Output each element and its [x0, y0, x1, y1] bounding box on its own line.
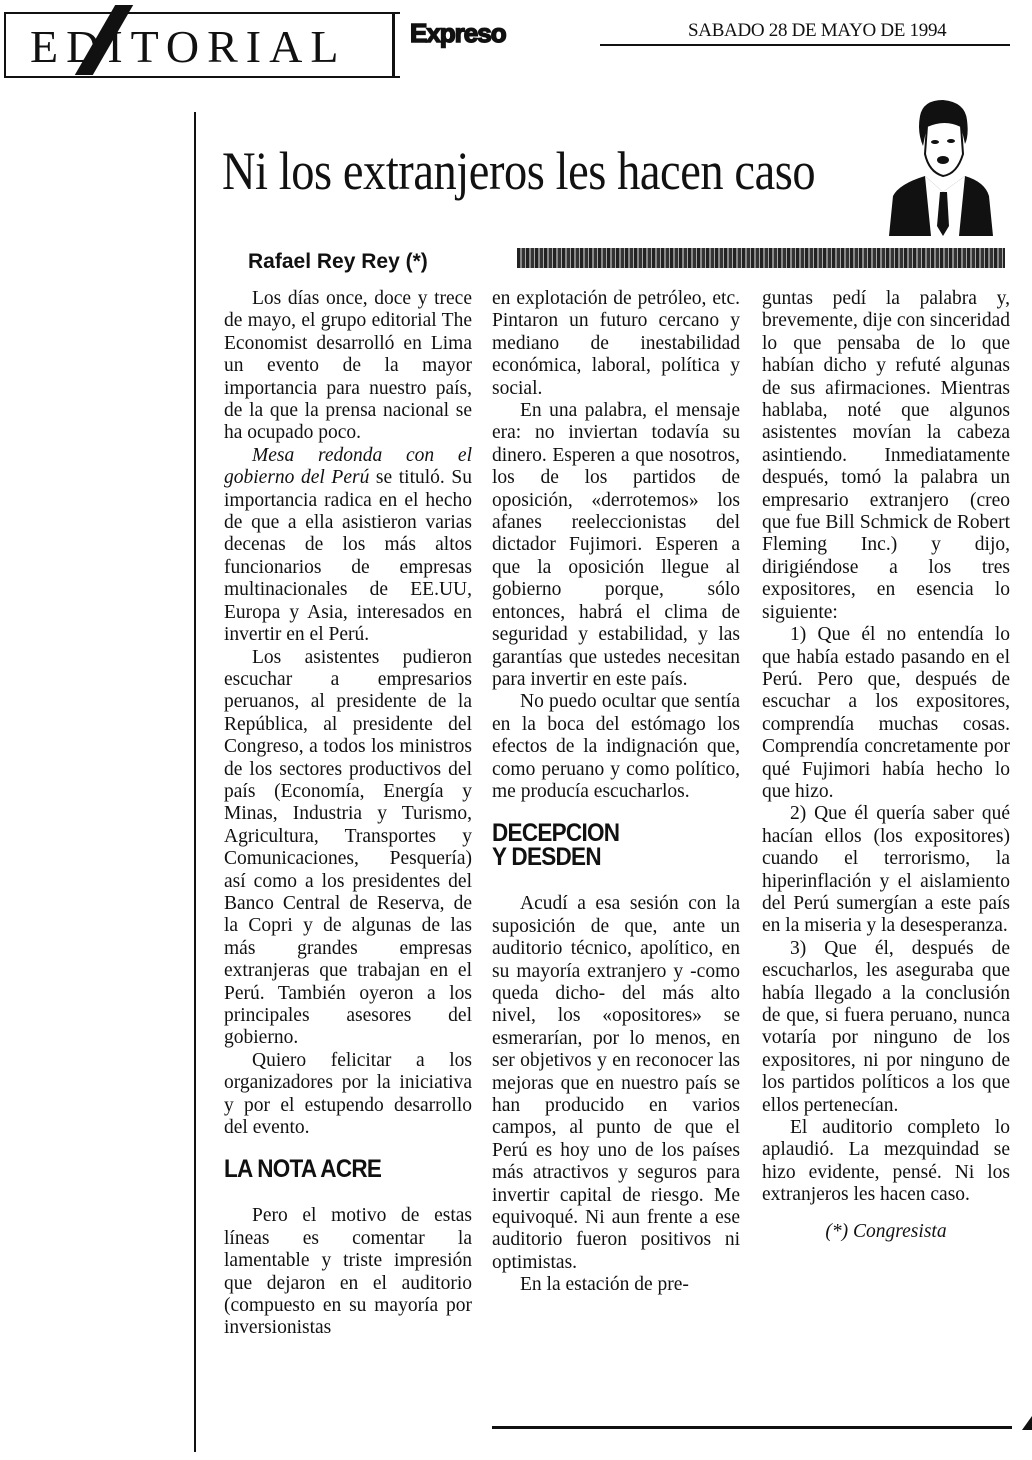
paragraph: El auditorio completo lo aplaudió. La me… — [762, 1117, 1010, 1207]
paragraph: 2) Que él quería saber qué hacían ellos … — [762, 803, 1010, 937]
paragraph: Acudí a esa sesión con la suposición de … — [492, 893, 740, 1274]
column-divider — [194, 112, 196, 1452]
paragraph: No puedo ocultar que sentía en la boca d… — [492, 691, 740, 803]
bottom-rule — [492, 1426, 1012, 1429]
paragraph: 3) Que él, después de escucharlos, les a… — [762, 938, 1010, 1117]
publication-date: SABADO 28 DE MAYO DE 1994 — [688, 20, 946, 42]
corner-mark-icon — [1022, 1416, 1032, 1430]
paragraph: Los asistentes pudieron escuchar a empre… — [224, 647, 472, 1050]
article-column-2: en explotación de petróleo, etc. Pintaro… — [492, 288, 740, 1297]
paragraph: guntas pedí la palabra y, brevemente, di… — [762, 288, 1010, 624]
header-rule — [600, 44, 1010, 46]
byline: Rafael Rey Rey (*) — [248, 250, 428, 274]
paragraph: Quiero felicitar a los organizadores por… — [224, 1050, 472, 1140]
paragraph: En la estación de pre- — [492, 1274, 740, 1296]
paragraph: En una palabra, el mensaje era: no invie… — [492, 400, 740, 691]
decorative-bar — [517, 248, 1005, 268]
author-portrait-icon — [885, 96, 995, 236]
section-title: EDITORIAL — [30, 20, 346, 73]
paragraph: en explotación de petróleo, etc. Pintaro… — [492, 288, 740, 400]
author-footnote: (*) Congresista — [762, 1221, 1010, 1243]
paragraph: Mesa redonda con el gobierno del Perú se… — [224, 445, 472, 647]
newspaper-logo: Expreso — [410, 18, 506, 49]
subhead-decepcion-y-desden: DECEPCION Y DESDEN — [492, 821, 715, 869]
paragraph: Pero el motivo de estas líneas es coment… — [224, 1205, 472, 1339]
article-column-3: guntas pedí la palabra y, brevemente, di… — [762, 288, 1010, 1243]
masthead-box-edge — [392, 12, 395, 78]
paragraph: Los días once, doce y trece de mayo, el … — [224, 288, 472, 445]
paragraph: 1) Que él no entendía lo que había estad… — [762, 624, 1010, 803]
article-column-1: Los días once, doce y trece de mayo, el … — [224, 288, 472, 1340]
article-headline: Ni los extranjeros les hacen caso — [222, 140, 815, 202]
subhead-la-nota-acre: LA NOTA ACRE — [224, 1157, 447, 1181]
